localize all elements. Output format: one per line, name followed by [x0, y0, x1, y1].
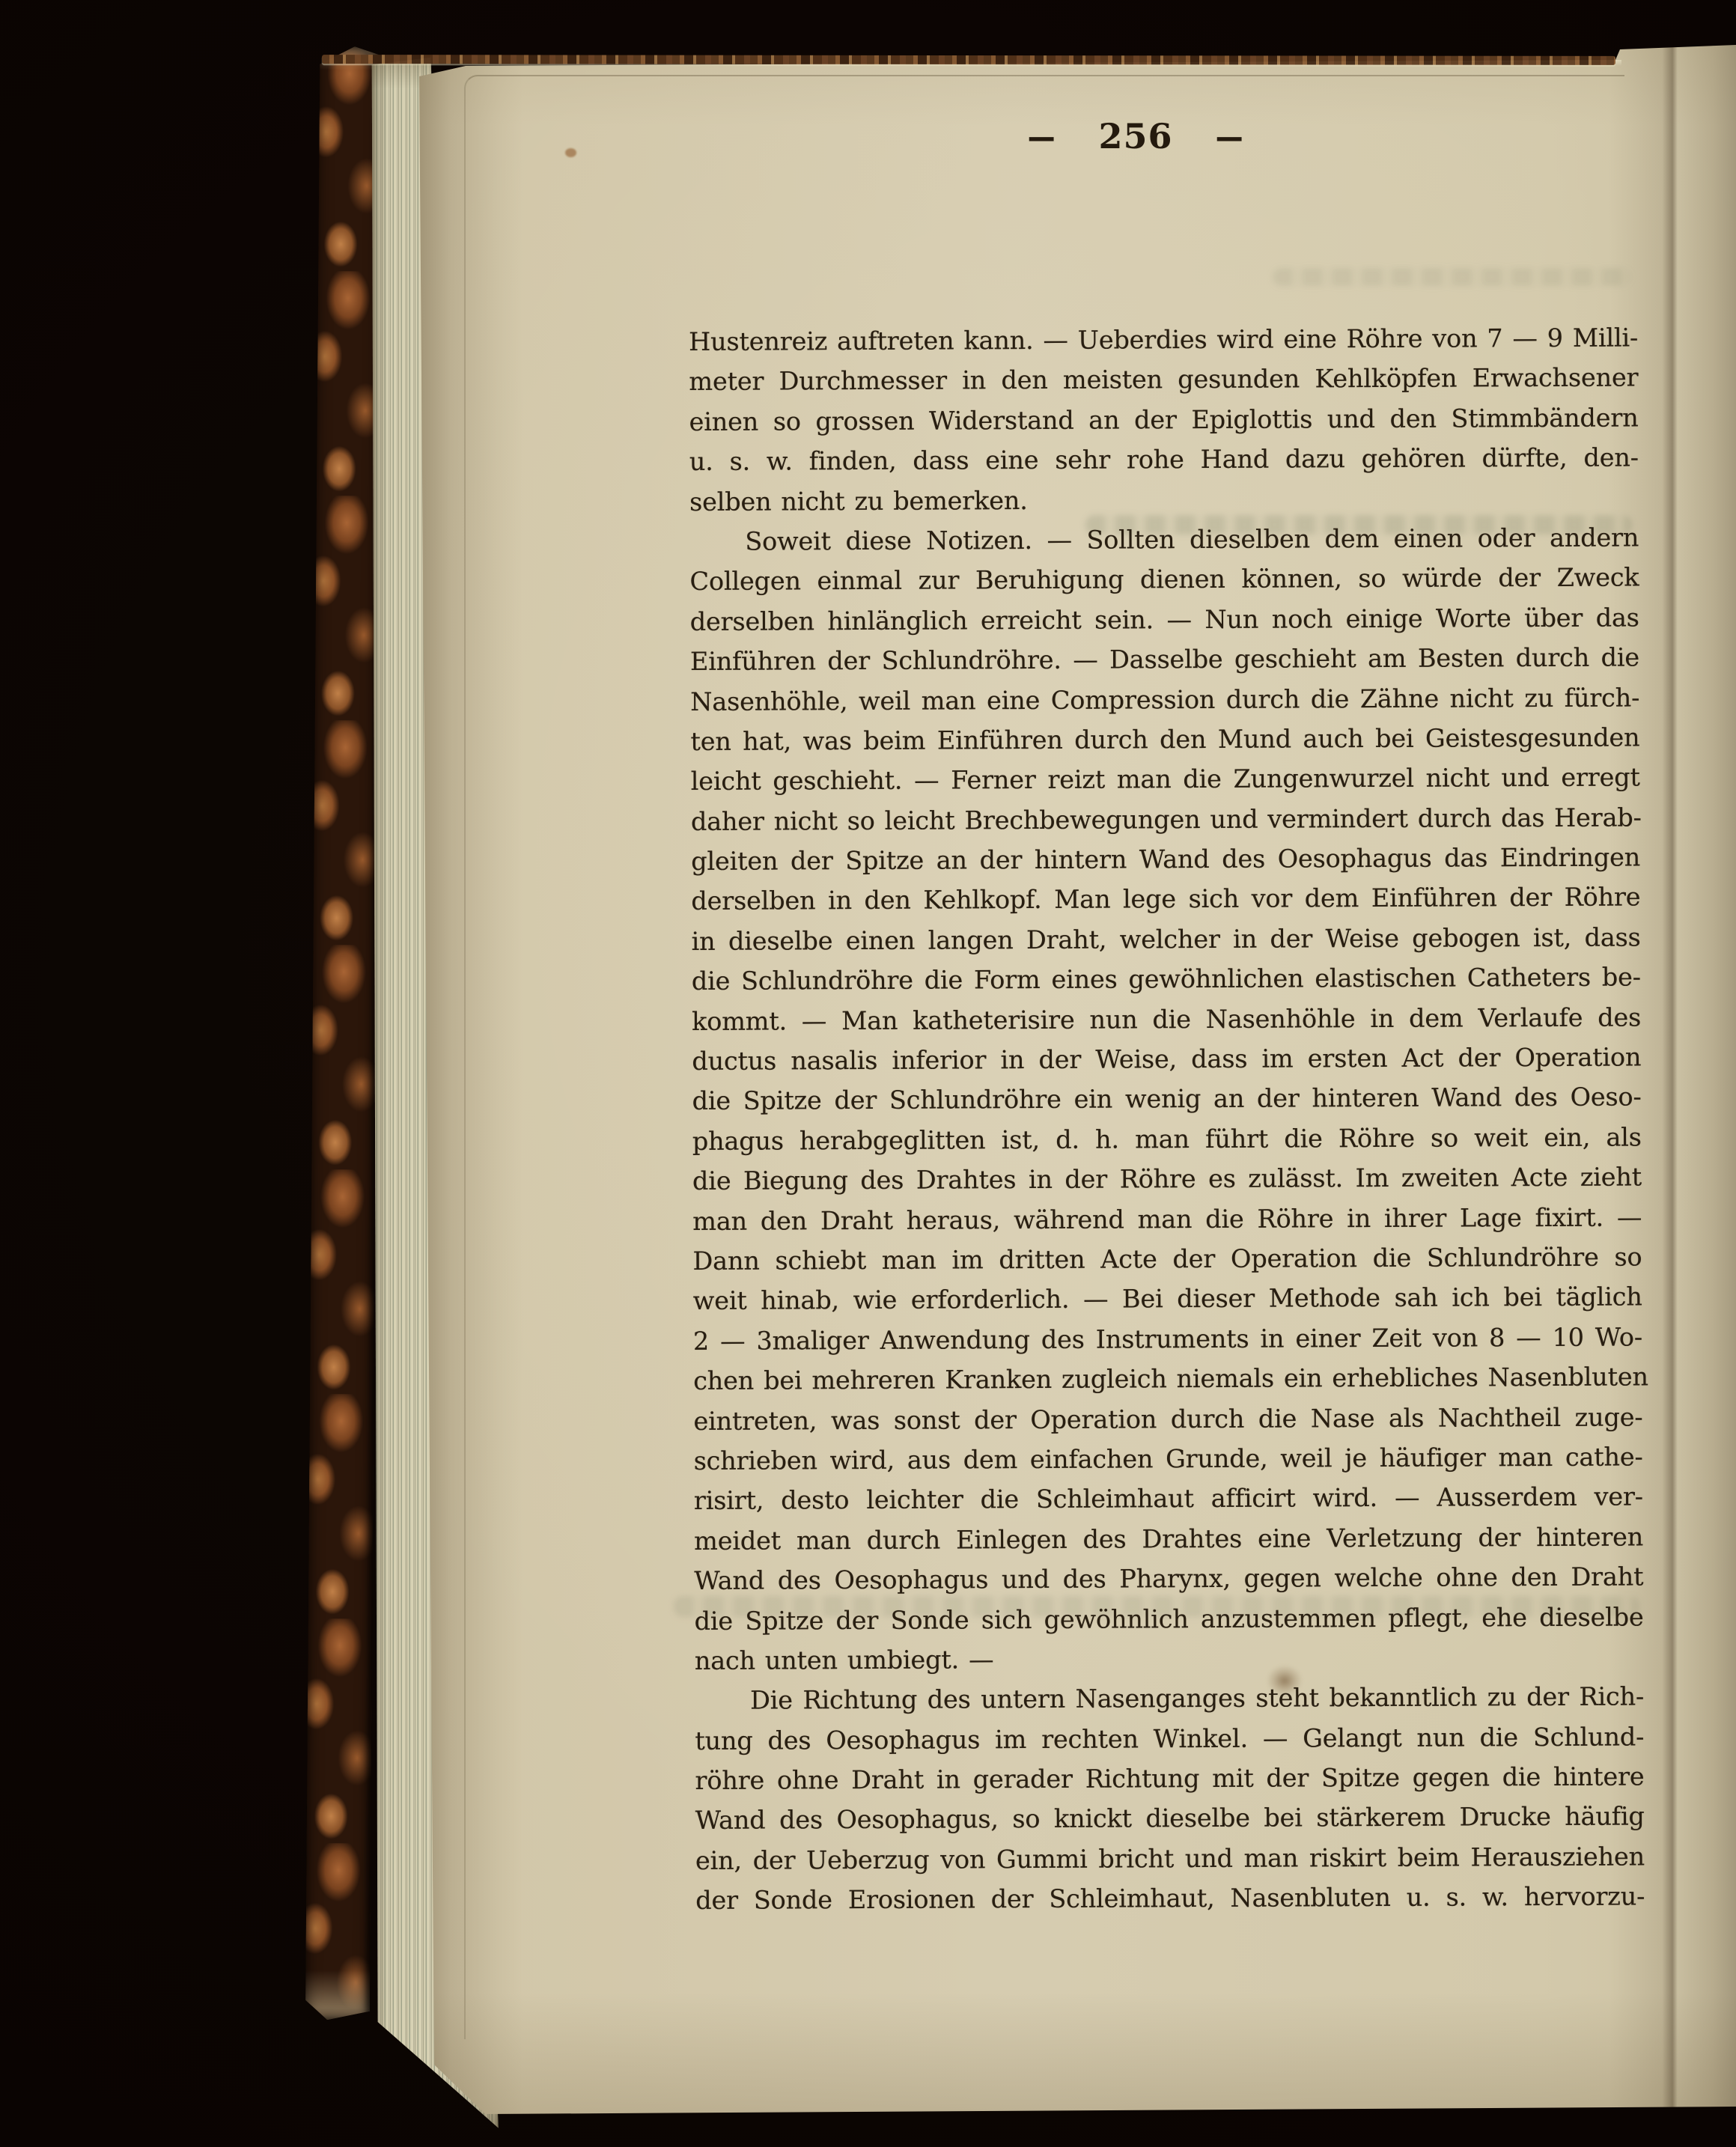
text-line: ein, der Ueberzug von Gummi bricht und m…: [695, 1836, 1645, 1880]
text-line: gleiten der Spitze an der hintern Wand d…: [691, 838, 1640, 882]
text-line: man den Draht heraus, während man die Rö…: [692, 1197, 1642, 1241]
text-line: schrieben wird, aus dem einfachen Grunde…: [694, 1437, 1643, 1481]
foxing-dot: [565, 148, 576, 157]
text-line: daher nicht so leicht Brechbewegungen un…: [691, 797, 1640, 841]
text-line: derselben in den Kehlkopf. Man lege sich…: [691, 877, 1640, 922]
page-header: — 256 —: [960, 112, 1312, 160]
book-page: — 256 — Hustenreiz auftreten kann. — Ueb…: [418, 43, 1736, 2117]
text-line: nach unten umbiegt. —: [695, 1636, 1644, 1681]
text-line: eintreten, was sonst der Operation durch…: [693, 1397, 1642, 1441]
text-line: 2 — 3maliger Anwendung des Instruments i…: [693, 1317, 1642, 1361]
text-line: Soweit diese Notizen. — Sollten dieselbe…: [689, 517, 1639, 561]
text-line: ten hat, was beim Einführen durch den Mu…: [690, 717, 1639, 761]
text-line: röhre ohne Draht in gerader Richtung mit…: [695, 1757, 1644, 1801]
header-dash-left: —: [1028, 116, 1056, 156]
text-line: Hustenreiz auftreten kann. — Ueberdies w…: [689, 317, 1638, 362]
text-line: die Spitze der Schlundröhre ein wenig an…: [692, 1077, 1641, 1121]
text-line: selben nicht zu bemerken.: [689, 478, 1639, 522]
scanned-book-photo: — 256 — Hustenreiz auftreten kann. — Ueb…: [0, 0, 1736, 2147]
page-number: 256: [1098, 116, 1172, 156]
text-line: derselben hinlänglich erreicht sein. — N…: [690, 597, 1639, 642]
text-line: Wand des Oesophagus, so knickt dieselbe …: [695, 1797, 1645, 1841]
text-line: Dann schiebt man im dritten Acte der Ope…: [692, 1237, 1642, 1281]
text-line: meter Durchmesser in den meisten gesunde…: [689, 358, 1638, 402]
ink-show-through: [1273, 268, 1632, 286]
text-line: die Spitze der Sonde sich gewöhnlich anz…: [694, 1597, 1643, 1641]
text-line: Wand des Oesophagus und des Pharynx, geg…: [694, 1557, 1643, 1601]
text-line: tung des Oesophagus im rechten Winkel. —…: [695, 1717, 1644, 1761]
body-text: Hustenreiz auftreten kann. — Ueberdies w…: [689, 317, 1645, 1920]
header-dash-right: —: [1215, 116, 1243, 156]
text-line: in dieselbe einen langen Draht, welcher …: [691, 917, 1640, 961]
page-stain: [1267, 1665, 1303, 1696]
text-line: der Sonde Erosionen der Schleimhaut, Nas…: [695, 1877, 1645, 1921]
text-line: u. s. w. finden, dass eine sehr rohe Han…: [689, 438, 1639, 482]
text-line: phagus herabgeglitten ist, d. h. man füh…: [692, 1117, 1642, 1161]
text-line: weit hinab, wie erforderlich. — Bei dies…: [693, 1277, 1642, 1321]
text-line: Die Richtung des untern Nasenganges steh…: [695, 1677, 1644, 1721]
text-line: risirt, desto leichter die Schleimhaut a…: [694, 1477, 1643, 1521]
text-line: meidet man durch Einlegen des Drahtes ei…: [694, 1517, 1643, 1561]
text-line: kommt. — Man katheterisire nun die Nasen…: [692, 997, 1641, 1041]
text-line: leicht geschieht. — Ferner reizt man die…: [691, 758, 1640, 802]
text-line: einen so grossen Widerstand an der Epigl…: [689, 398, 1638, 442]
text-line: ductus nasalis inferior in der Weise, da…: [692, 1037, 1641, 1081]
text-line: die Biegung des Drahtes in der Röhre es …: [692, 1157, 1642, 1202]
worn-top-edge: [322, 55, 1615, 65]
marbled-cover-edge: [305, 46, 382, 2020]
text-line: Collegen einmal zur Beruhigung dienen kö…: [689, 558, 1639, 602]
text-line: Nasenhöhle, weil man eine Compression du…: [690, 677, 1639, 722]
text-line: chen bei mehreren Kranken zugleich niema…: [693, 1357, 1642, 1401]
text-line: Einführen der Schlundröhre. — Dasselbe g…: [690, 638, 1639, 682]
text-line: die Schlundröhre die Form eines gewöhnli…: [692, 957, 1641, 1002]
